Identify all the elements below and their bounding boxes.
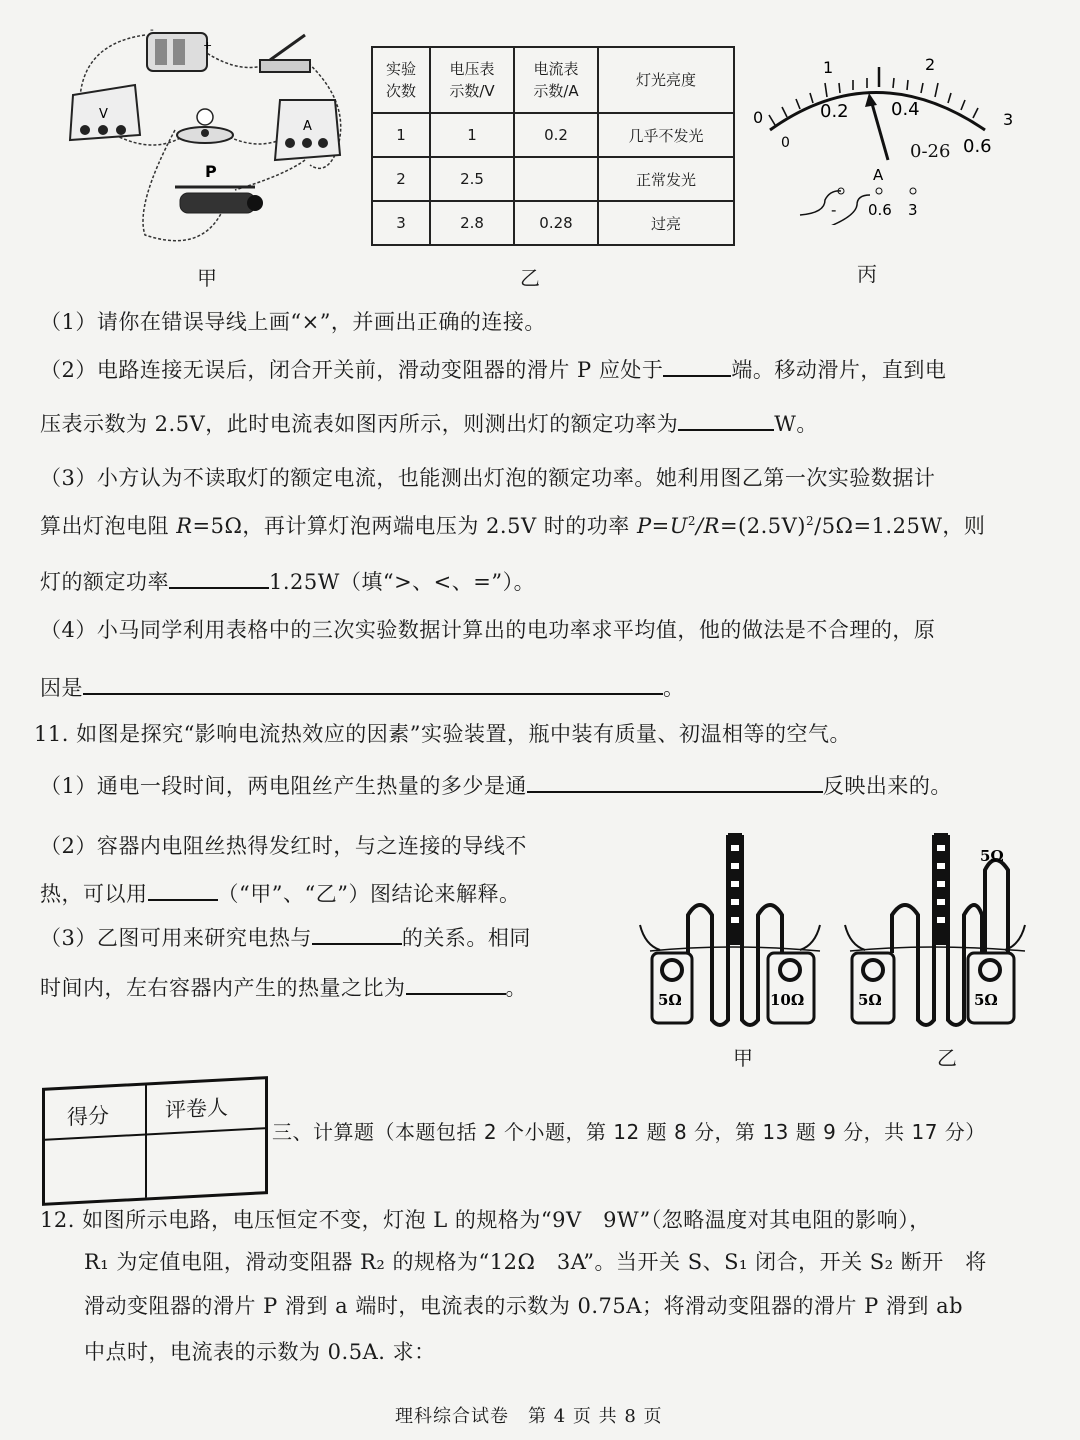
- cell-current: 0.2: [514, 113, 598, 157]
- section3-title: 三、计算题（本题包括 2 个小题，第 12 题 8 分，第 13 题 9 分，共…: [272, 1116, 986, 1145]
- svg-text:2: 2: [925, 55, 935, 74]
- cell-brightness: 正常发光: [598, 157, 734, 201]
- score-box: 得分 评卷人: [42, 1076, 268, 1206]
- svg-text:0.6: 0.6: [868, 201, 892, 219]
- figure-heat-jia-label: 甲: [733, 1042, 753, 1071]
- svg-text:P: P: [205, 162, 217, 181]
- svg-text:5Ω: 5Ω: [974, 991, 998, 1009]
- cell-trial: 3: [372, 201, 430, 245]
- q10-part3-line3: 灯的额定功率1.25W（填“>、<、=”）。: [40, 566, 535, 596]
- cell-trial: 2: [372, 157, 430, 201]
- cell-trial: 1: [372, 113, 430, 157]
- svg-text:3: 3: [1003, 110, 1013, 129]
- table-row: 2 2.5 正常发光: [372, 157, 734, 201]
- answer-blank-rated-power[interactable]: [678, 409, 774, 431]
- q10-part3-line1: （3）小方认为不读取灯的额定电流，也能测出灯泡的额定功率。她利用图乙第一次实验数…: [40, 462, 935, 492]
- score-input[interactable]: [47, 1138, 143, 1197]
- svg-text:0.6: 0.6: [963, 136, 992, 157]
- svg-text:5Ω: 5Ω: [858, 991, 882, 1009]
- svg-text:0: 0: [781, 135, 790, 151]
- cell-brightness: 几乎不发光: [598, 113, 734, 157]
- cell-voltage: 1: [430, 113, 514, 157]
- q12-line1: 12. 如图所示电路，电压恒定不变，灯泡 L 的规格为“9V 9W”（忽略温度对…: [40, 1204, 931, 1234]
- svg-text:-: -: [831, 201, 836, 219]
- svg-text:V: V: [99, 107, 108, 122]
- svg-text:0.2: 0.2: [820, 101, 849, 122]
- heat-apparatus-icon: 5Ω 10Ω 5Ω 5Ω 5Ω: [630, 825, 1030, 1040]
- q11-part3-line1: （3）乙图可用来研究电热与的关系。相同: [40, 922, 531, 952]
- figure-heat-apparatus: 5Ω 10Ω 5Ω 5Ω 5Ω: [630, 825, 1030, 1040]
- cell-brightness: 过亮: [598, 201, 734, 245]
- q10-part1: （1）请你在错误导线上画“×”，并画出正确的连接。: [40, 306, 546, 336]
- experiment-data-table: 实验次数 电压表示数/V 电流表示数/A 灯光亮度 1 1 0.2 几乎不发光 …: [371, 46, 735, 246]
- figure-jia-circuit: + - V A P: [55, 25, 355, 255]
- q11-part2-line2: 热，可以用（“甲”、“乙”）图结论来解释。: [40, 878, 520, 908]
- q10-part3-line2: 算出灯泡电阻 R=5Ω，再计算灯泡两端电压为 2.5V 时的功率 P=U2/R=…: [40, 510, 985, 540]
- cell-current: 0.28: [514, 201, 598, 245]
- q10-part4-line1: （4）小马同学利用表格中的三次实验数据计算出的电功率求平均值，他的做法是不合理的…: [40, 614, 935, 644]
- q11-part2-line1: （2）容器内电阻丝热得发红时，与之连接的导线不: [40, 830, 527, 860]
- answer-blank-slider-end[interactable]: [663, 355, 731, 377]
- figure-bing-label: 丙: [857, 258, 877, 287]
- svg-text:0: 0: [753, 108, 763, 127]
- q10-part4-line2: 因是。: [40, 672, 685, 702]
- grader-input[interactable]: [149, 1131, 261, 1191]
- answer-blank-reason[interactable]: [83, 673, 663, 695]
- svg-text:5Ω: 5Ω: [980, 847, 1004, 865]
- q11-stem: 11. 如图是探究“影响电流热效应的因素”实验装置，瓶中装有质量、初温相等的空气…: [34, 718, 851, 748]
- svg-text:0-26: 0-26: [910, 141, 950, 162]
- header-brightness: 灯光亮度: [598, 47, 734, 113]
- svg-text:5Ω: 5Ω: [658, 991, 682, 1009]
- header-trial: 实验次数: [372, 47, 430, 113]
- cell-current: [514, 157, 598, 201]
- table-row: 1 1 0.2 几乎不发光: [372, 113, 734, 157]
- grader-label: 评卷人: [165, 1091, 228, 1124]
- q12-line4: 中点时，电流表的示数为 0.5A. 求：: [84, 1336, 436, 1366]
- q10-part2-line2: 压表示数为 2.5V，此时电流表如图丙所示，则测出灯的额定功率为W。: [40, 408, 818, 438]
- header-voltage: 电压表示数/V: [430, 47, 514, 113]
- q11-part3-line2: 时间内，左右容器内产生的热量之比为。: [40, 972, 527, 1002]
- figure-bing-ammeter: 0 1 2 3 0 0.2 0.4 0.6 0-26 A - 0.6 3: [745, 45, 1035, 225]
- q12-line3: 滑动变阻器的滑片 P 滑到 a 端时，电流表的示数为 0.75A；将滑动变阻器的…: [84, 1290, 963, 1320]
- answer-blank-figure-choice[interactable]: [148, 879, 218, 901]
- figure-heat-yi-label: 乙: [937, 1042, 957, 1071]
- svg-text:10Ω: 10Ω: [770, 991, 804, 1009]
- cell-voltage: 2.8: [430, 201, 514, 245]
- q10-part2-line1: （2）电路连接无误后，闭合开关前，滑动变阻器的滑片 P 应处于端。移动滑片，直到…: [40, 354, 946, 384]
- header-current: 电流表示数/A: [514, 47, 598, 113]
- figure-yi-label: 乙: [520, 262, 540, 291]
- svg-text:3: 3: [908, 201, 918, 219]
- figure-jia-label: 甲: [197, 262, 217, 291]
- svg-text:1: 1: [823, 58, 833, 77]
- table-header-row: 实验次数 电压表示数/V 电流表示数/A 灯光亮度: [372, 47, 734, 113]
- q12-line2: R₁ 为定值电阻，滑动变阻器 R₂ 的规格为“12Ω 3A”。当开关 S、S₁ …: [84, 1246, 987, 1276]
- answer-blank-heat-ratio[interactable]: [406, 973, 506, 995]
- svg-text:0.4: 0.4: [891, 99, 920, 120]
- svg-text:-: -: [150, 25, 154, 36]
- answer-blank-comparison[interactable]: [169, 567, 269, 589]
- svg-text:A: A: [303, 119, 312, 134]
- table-row: 3 2.8 0.28 过亮: [372, 201, 734, 245]
- answer-blank-indicator[interactable]: [527, 771, 823, 793]
- page-footer: 理科综合试卷 第 4 页 共 8 页: [395, 1402, 663, 1428]
- answer-blank-relation[interactable]: [312, 923, 402, 945]
- score-label: 得分: [67, 1099, 109, 1131]
- circuit-diagram-icon: + - V A P: [55, 25, 355, 255]
- svg-text:+: +: [203, 39, 212, 52]
- svg-text:A: A: [873, 166, 884, 184]
- cell-voltage: 2.5: [430, 157, 514, 201]
- q11-part1: （1）通电一段时间，两电阻丝产生热量的多少是通反映出来的。: [40, 770, 952, 800]
- ammeter-dial-icon: 0 1 2 3 0 0.2 0.4 0.6 0-26 A - 0.6 3: [745, 45, 1035, 225]
